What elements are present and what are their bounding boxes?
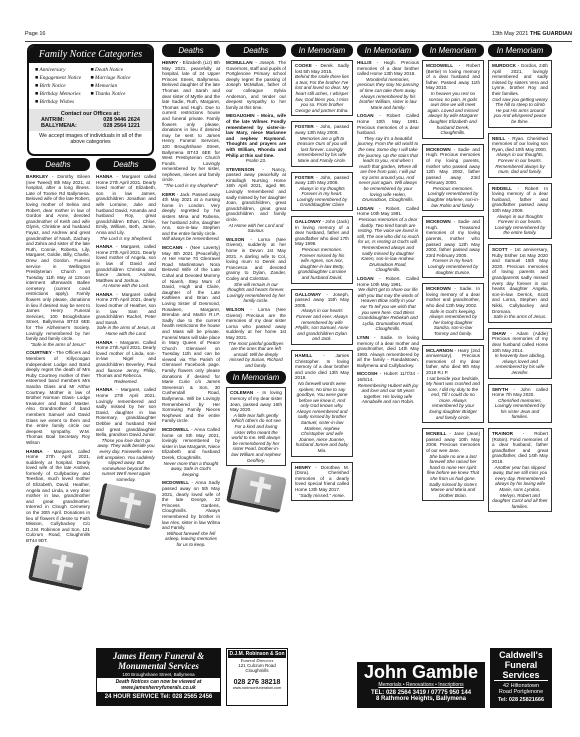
- jh-website[interactable]: www.jameshenryfunerals.co.uk: [98, 685, 219, 691]
- notice-name: MCKEOWN: [426, 147, 451, 152]
- notice-text: - Lorna (Nee Givens) Precious are the me…: [226, 307, 286, 340]
- notice-verse: Safe in the arms of Jesus, at Home with …: [96, 325, 156, 336]
- notice-name: COOKE: [295, 63, 312, 68]
- notice-name: HANNA: [96, 174, 113, 179]
- notice-verse: The Lord is my Shepherd.: [96, 236, 156, 242]
- notice-name: RIDDELL: [492, 186, 512, 191]
- notice-name: LOGAN: [357, 276, 374, 281]
- notice-verse: Precious memories. Forever missed by his…: [295, 247, 349, 281]
- notice: GALLOWAY - John (Jack) In loving memory …: [291, 216, 353, 284]
- notice-name: HENRY: [162, 60, 178, 65]
- notice: WILSON - Lorna (Nee Givens), suddenly at…: [226, 237, 286, 304]
- notice-verse: Cherished memories. Lovingly remembered …: [492, 398, 548, 420]
- cw-l2: Funeral: [490, 660, 552, 670]
- notice-name: MCLARNON: [426, 348, 453, 353]
- notice-name: KERR: [162, 192, 175, 197]
- notice-name: COURTNEY: [26, 350, 52, 355]
- notice: STEVENSON - Nancy, passed away peacefull…: [226, 167, 286, 234]
- djm-name: D.J.M. Robinson & Son: [228, 650, 286, 658]
- notice-verse: I sat beside your bedside, My heart was …: [426, 376, 480, 421]
- notice-text: - Nancy, passed away peacefully at Kintu…: [226, 167, 286, 222]
- notice-verse: Safe in God's keeping. Always remembered…: [426, 309, 480, 337]
- notice-name: WILSON: [226, 307, 244, 312]
- notice-text: - Anna Called home on 5th May 2021, lovi…: [162, 427, 220, 460]
- notice: MCNEILL - Jane (Jean) passed away 10th M…: [422, 428, 484, 501]
- djm-website[interactable]: www.robinsonfuneralsni.com: [228, 686, 286, 690]
- notice-name: SCOTT: [492, 247, 508, 252]
- notice-text: - 1st anniversary, Ruby Esther 1st May 2…: [492, 247, 548, 314]
- notice: SHAW - Adam (Addie) Precious memories of…: [488, 328, 552, 379]
- notice-name: MEGAUGHIN: [226, 113, 255, 118]
- notice-name: MCKEOWN: [426, 286, 451, 291]
- notice-verse: Those you love don't go away. They walk …: [96, 438, 156, 483]
- notice-name: FOSTER: [295, 175, 314, 180]
- notice-text: - Moira, wife of the late Wilmer. Fondly…: [226, 113, 286, 157]
- memoriam-column-1: In MemoriamCOOKE - Derek. Sadly lost 5th…: [291, 44, 353, 506]
- notice: MEGAUGHIN - Moira, wife of the late Wilm…: [226, 113, 286, 163]
- notice: SMYTH - John called Home 7th May 2020.Ch…: [488, 384, 552, 424]
- deaths-banner: Deaths: [226, 44, 286, 57]
- notice-verse: Psalm 23.: [226, 158, 286, 164]
- notice-name: STEVENSON: [226, 167, 254, 172]
- notice: GALLOWAY - Joseph, passed away 15th May …: [291, 289, 353, 345]
- ballymena-tel: 028 2564 1221: [103, 123, 140, 129]
- notice: COLEMAN - In loving memory of my dear si…: [226, 387, 286, 466]
- memoriam-banner: In Memoriam: [488, 44, 552, 57]
- notice: HANNA - Margaret. Called Home 27th April…: [96, 340, 156, 385]
- family-notice-categories: Family Notice Categories AnniversaryDeat…: [27, 44, 154, 156]
- notice-text: - Margaret, called Home 27th April 2021.…: [96, 387, 156, 437]
- bible-icon: [27, 544, 88, 591]
- notice: KERR - Jack. Passed away 4th May 2021 at…: [162, 192, 220, 242]
- notice-name: SHAW: [492, 331, 506, 336]
- notice-name: GALLOWAY: [295, 219, 321, 224]
- notice-verse: She will remain in our thoughts and hear…: [226, 282, 286, 304]
- notice-name: BARKLEY: [26, 174, 48, 179]
- notice-text: - Margaret called Home 27th April 2021. …: [96, 174, 156, 235]
- notice-verse: God saw you getting weary The hill to st…: [492, 97, 548, 125]
- notice-verse: Always in our thoughts Forever in our he…: [492, 214, 548, 236]
- notice-name: MURDOCK: [492, 63, 516, 68]
- notice: RIDDELL - Robert In loving memory of a d…: [488, 183, 552, 239]
- jh-title-1: James Henry Funeral &: [97, 649, 220, 661]
- notice: MCDOWELL - Anna Sadly passed away on 5th…: [162, 480, 220, 547]
- notice-text: - Margaret called Home 27th April 2021, …: [96, 292, 156, 325]
- notice-verse: "The Lord is my shepherd": [162, 183, 220, 189]
- memoriam-banner: In Memoriam: [226, 371, 286, 384]
- notice-verse: Remembering Hubert with joy and love and…: [357, 383, 419, 405]
- notice: MCKEOWN - Sadie and Hugh. Precious memor…: [422, 144, 484, 212]
- notice-name: MCNEILL: [426, 431, 446, 436]
- notice-name: HENRY: [295, 465, 311, 470]
- notice-text: - Joseph. The Governors, staff and pupil…: [226, 60, 286, 110]
- notice-verse: At Home with the Lord.: [96, 283, 156, 289]
- djm-tel: 028 276 38218: [228, 679, 286, 686]
- deaths-column-2: DeathsHANNA - Margaret called Home 27th …: [96, 158, 156, 530]
- notice-name: HANNA: [96, 340, 113, 345]
- notice: MCMULLAN - Joseph. The Governors, staff …: [226, 60, 286, 110]
- notice-verse: Always in our thoughts, Forever in our h…: [492, 152, 548, 174]
- notice: FOSTER - John, passed away 13th May 2008…: [291, 121, 353, 166]
- bible-icon: [226, 467, 286, 514]
- category-item: Birthday Wishes: [35, 99, 91, 105]
- notice-verse: Precious memories. Lovingly remembered b…: [426, 186, 480, 208]
- deaths-banner: Deaths: [96, 158, 156, 171]
- notice-verse: The most painful goodbyes are the ones t…: [226, 341, 286, 369]
- james-henry-ad: James Henry Funeral & Monumental Service…: [96, 648, 221, 706]
- notice: HAMILL - James Christopher. In loving me…: [291, 350, 353, 457]
- notice-name: LYNN: [357, 335, 369, 340]
- notice: HANNA - Margaret, called Home 27th April…: [96, 387, 156, 482]
- notice-text: - Jack. Passed away 4th May 2021 at a nu…: [162, 192, 220, 236]
- notice: FOSTER - John, passed away 13th May 2008…: [291, 172, 353, 212]
- notice-verse: Forever in my heart. Lovingly remembered…: [426, 258, 480, 275]
- notice-verse: Always in our hearts Forever and ever. A…: [295, 308, 349, 342]
- jh-notice: Death Notices can now be viewed atwww.ja…: [97, 678, 220, 692]
- jh-address: 100 Broughshane Street, Ballymena: [97, 672, 220, 677]
- notice: WILSON - Lorna (Nee Givens) Precious are…: [226, 307, 286, 369]
- cw-address: 42 Hiltonstown Road Portglenone: [490, 683, 552, 695]
- djm-robinson-ad: D.J.M. Robinson & Son Funeral Directors …: [226, 648, 288, 706]
- notice: HANNA - Margaret called Home 27th April …: [96, 174, 156, 241]
- notice-name: MCMULLAN: [226, 60, 253, 65]
- cw-l3: Services: [494, 670, 548, 681]
- notice-name: LOGAN: [357, 206, 374, 211]
- category-item: Birth Notice: [35, 83, 91, 89]
- notice-verse: "Sadly missed." Annie.: [295, 493, 349, 499]
- notice: BARKLEY - Dorothy Eileen (nee Tweed) 8th…: [26, 174, 90, 347]
- notice-text: - Margaret. Called Home 27th April 2021.…: [96, 340, 156, 379]
- notice-name: HANNA: [96, 387, 113, 392]
- notice-name: MCDOWELL: [426, 63, 453, 68]
- notice-name: HANNA: [26, 449, 43, 454]
- notice-text: - Margaret, called Home 27th April 2021.…: [96, 244, 156, 283]
- notice: HANNA - Margaret, called Home 27th April…: [96, 244, 156, 289]
- notice-name: GALLOWAY: [295, 292, 321, 297]
- notice-verse: A little tear falls gently Which others …: [230, 413, 282, 463]
- notice-verse: No farewell words were spoken, No time t…: [295, 381, 349, 454]
- category-item: Death Notice: [91, 67, 147, 73]
- notice: NEILL - Ryan. Cherished memories of our …: [488, 133, 552, 178]
- notice: HENRY - Dorothea M. (Dora). Cherished me…: [291, 462, 353, 502]
- notice: HENRY - Elizabeth (Liz) 8th May 2021, pe…: [162, 60, 220, 189]
- notice-verse: In heaven you rest no sorrow, no pain, I…: [426, 91, 480, 136]
- deaths-banner: Deaths: [162, 44, 220, 57]
- notice-name: MCKEOWN: [426, 219, 451, 224]
- notice: MCDOWELL - Anna Called home on 5th May 2…: [162, 427, 220, 477]
- jg-address: 8 Rathmore Heights, Ballymena: [357, 696, 485, 702]
- page-number: Page 16: [25, 31, 46, 41]
- memoriam-column-2: In MemoriamHILLIS - Hugh. Precious memor…: [357, 44, 419, 408]
- notice-text: - Margaret, called Home 27th April 2021,…: [26, 449, 90, 544]
- notice-text: - Gordon, 24th April 2021, lovingly reme…: [492, 63, 548, 96]
- notice-verse: Memories are a gift to treasure Ours of …: [295, 136, 349, 164]
- notice-verse: Always in my thoughts Forever in my hear…: [295, 186, 349, 208]
- notice-text: - Elizabeth (Liz) 8th May 2021, peaceful…: [162, 60, 220, 182]
- notice: LOGAN - Robert. Called Home 10th May 199…: [357, 276, 419, 332]
- notice: TRAINOR - Robert (Robin). Fond memories …: [488, 428, 552, 512]
- notice-text: - (Nee Laverty) May 8th 2021 (Peacefully…: [162, 245, 220, 423]
- memoriam-column-3: In MemoriamMCDOWELL - Robert (Bertie) In…: [422, 44, 484, 506]
- notice-verse: Redeemed.: [96, 379, 156, 385]
- notice: MCDOWELL - Robert (Bertie) In loving mem…: [422, 60, 484, 139]
- cw-tel: Tel: 028 25821666: [490, 697, 552, 703]
- notice-name: HANNA: [96, 244, 113, 249]
- notice-verse: They say it's a beautiful journey, From …: [357, 136, 419, 203]
- notice: COOKE - Derek. Sadly lost 5th May 2015.B…: [291, 60, 353, 116]
- jg-services: Memorials • Renovations • Inscriptions: [357, 682, 485, 688]
- notice-name: NEILL: [492, 136, 505, 141]
- notice-verse: At Home with her Lord and Saviour.: [226, 223, 286, 234]
- notice: MCCOSH - Hubert 11/7/34 - 16/5/14.Rememb…: [357, 371, 419, 405]
- notice-name: MCCANN: [162, 245, 182, 250]
- page-date: 13th May 2021 THE GUARDIAN: [492, 31, 572, 41]
- category-item: Engagement Notice: [35, 75, 91, 81]
- notice-name: WILSON: [226, 237, 244, 242]
- notice: HILLIS - Hugh. Precious memories of a de…: [357, 60, 419, 110]
- john-gamble-ad: John Gamble Memorials • Renovations • In…: [357, 662, 485, 708]
- deaths-column-3: DeathsHENRY - Elizabeth (Liz) 8th May 20…: [162, 44, 220, 550]
- notice: LOGAN - Robert. Called Home 10th May 199…: [357, 206, 419, 273]
- page-header: Page 16 13th May 2021 THE GUARDIAN: [25, 31, 572, 42]
- notice-name: FOSTER: [295, 124, 314, 129]
- notice-text: - The Officers and Members of Killycooga…: [26, 350, 90, 445]
- notice-verse: Wonderful memories, precious they stay N…: [357, 77, 419, 111]
- notice-verse: Without farewell she fell asleep, leavin…: [162, 531, 220, 548]
- memoriam-banner: In Memoriam: [357, 44, 419, 57]
- notice-verse: In heavenly love abiding. Always loved a…: [492, 353, 548, 375]
- notice: MCLARNON - Harry (2nd anniversary). Prec…: [422, 345, 484, 424]
- notice-verse: She bade no one a last farewell She rais…: [426, 454, 480, 499]
- caldwells-ad: Caldwell's Funeral Services 42 Hiltonsto…: [490, 648, 552, 708]
- notice-name: LOGAN: [357, 113, 374, 118]
- memoriam-banner: In Memoriam: [422, 44, 484, 57]
- notice: COURTNEY - The Officers and Members of K…: [26, 350, 90, 445]
- deaths-column-1: DeathsBARKLEY - Dorothy Eileen (nee Twee…: [26, 158, 90, 592]
- categories-list: AnniversaryDeath NoticeEngagement Notice…: [29, 63, 152, 109]
- notice-name: HILLIS: [357, 60, 372, 65]
- notice-text: - Lorna (Nee Givens), suddenly at her ho…: [226, 237, 286, 281]
- notice-verse: We didn't get to share our life with you…: [357, 287, 419, 332]
- notice-name: MCDOWELL: [162, 427, 189, 432]
- notice-verse: Never more than a thought away, Safe in …: [162, 461, 220, 478]
- deaths-column-4: DeathsMCMULLAN - Joseph. The Governors, …: [226, 44, 286, 514]
- notice: LOGAN - Robert Called Home 10th May 1991…: [357, 113, 419, 203]
- category-item: Marriage Notice: [91, 75, 147, 81]
- notice-verse: "Safe in the arms of Jesus": [26, 342, 90, 348]
- notice-verse: Safe in the arms of Jesus.: [492, 314, 548, 320]
- notice-name: MCDOWELL: [162, 480, 189, 485]
- notice: MURDOCK - Gordon, 24th April 2021, lovin…: [488, 60, 552, 128]
- jh-title-2: Monumental Services: [97, 661, 220, 671]
- bible-icon: [96, 483, 156, 530]
- notice-text: - Sadie and Hugh. Treasured memories of …: [426, 219, 480, 258]
- categories-footer: We accept images of individuals in all o…: [29, 131, 152, 147]
- ballymena-label: BALLYMENA:: [41, 123, 77, 129]
- notice-text: - Dorothy Eileen (nee Tweed) 8th May 202…: [26, 174, 90, 341]
- notice-text: - Anna Sadly passed away on 5th May 2021…: [162, 480, 220, 530]
- notice-name: SMYTH: [492, 387, 508, 392]
- jg-name: John Gamble: [357, 662, 485, 682]
- memoriam-column-4: In MemoriamMURDOCK - Gordon, 24th April …: [488, 44, 552, 517]
- category-item: Birthday Memories: [35, 91, 91, 97]
- notice-verse: Will always be remembered.: [162, 236, 220, 242]
- djm-addr-2: Cloughmills: [228, 668, 286, 673]
- notice: HANNA - Margaret, called Home 27th April…: [26, 449, 90, 544]
- notice: LYNN - Sadie. In loving memory of a dear…: [357, 335, 419, 369]
- cw-l1: Caldwell's: [490, 650, 552, 660]
- notice: SCOTT - 1st anniversary, Ruby Esther 1st…: [488, 244, 552, 323]
- notice-text: - Robert (Robin). Fond memories of a dea…: [492, 431, 548, 464]
- notice: MCCANN - (Nee Laverty) May 8th 2021 (Pea…: [162, 245, 220, 424]
- jh-tel: 24 HOUR SERVICE Tel: 028 2565 2456: [97, 692, 220, 700]
- memoriam-banner: In Memoriam: [291, 44, 353, 57]
- notice-text: - Sadie and Hugh. Precious memories of m…: [426, 147, 480, 186]
- categories-title: Family Notice Categories: [29, 46, 152, 63]
- notice: HANNA - Margaret called Home 27th April …: [96, 292, 156, 337]
- category-item: Thanks Notice: [91, 91, 147, 97]
- notice-verse: Precious memories of a dear daddy. Two t…: [357, 217, 419, 273]
- category-item: Anniversary: [35, 67, 91, 73]
- notice-text: - Sadie. In loving memory of a dear moth…: [357, 335, 419, 368]
- notice: MCKEOWN - Sadie and Hugh. Treasured memo…: [422, 216, 484, 278]
- notice-name: TRAINOR: [492, 431, 513, 436]
- notice-verse: Another year has slipped away, But we st…: [492, 465, 548, 510]
- notice-name: MCCOSH: [357, 371, 377, 376]
- deaths-banner: Deaths: [26, 158, 90, 171]
- notice-verse: Behind the smile there lies a tear, For …: [295, 74, 349, 113]
- notice: MCKEOWN - Sadie. In loving memory of a d…: [422, 283, 484, 339]
- notice-name: HANNA: [96, 292, 113, 297]
- contact-box: Contact our Offices at: ANTRIM:028 9446 …: [29, 109, 152, 131]
- notice-name: HAMILL: [295, 353, 312, 358]
- category-item: Memorian: [91, 83, 147, 89]
- notice-name: COLEMAN: [230, 390, 253, 395]
